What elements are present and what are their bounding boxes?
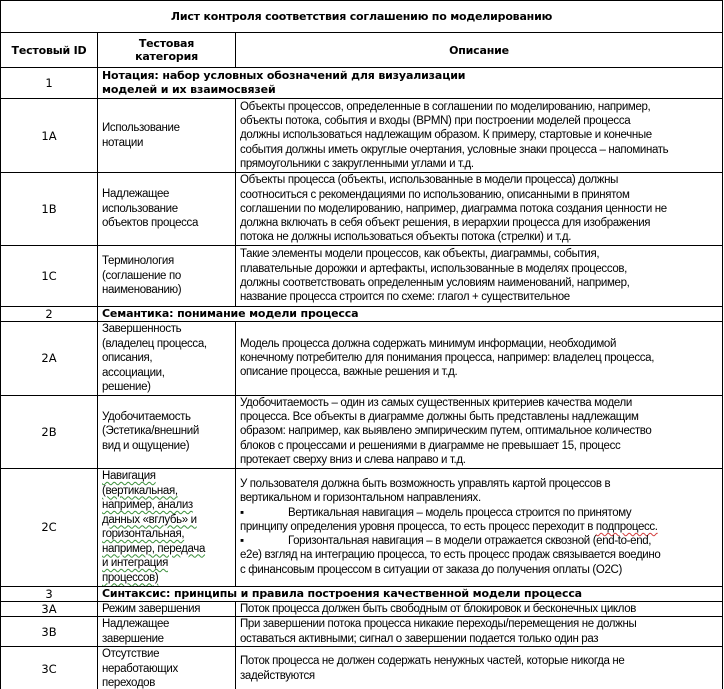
test-id: 3C <box>1 647 98 689</box>
table-row: 2C Навигация (вертикальная, например, ан… <box>1 468 723 586</box>
category-line: Использование <box>102 121 231 136</box>
description-line: принципу определения уровня процесса, то… <box>240 520 718 534</box>
description-line: конечному потребителю для понимания проц… <box>240 351 718 365</box>
description-line: Вертикальная навигация – модель процесса… <box>288 507 631 519</box>
title-row: Лист контроля соответствия соглашению по… <box>1 1 723 33</box>
table-row: 3C Отсутствие неработающих переходов Пот… <box>1 647 723 689</box>
category-line: и интеграция <box>102 557 168 569</box>
description-line: должны соответствовать определенным усло… <box>240 276 718 290</box>
column-header-category: Тестовая категория <box>98 33 236 68</box>
section-title-line2: моделей и их взаимосвязей <box>102 83 718 97</box>
test-category: Удобочитаемость (Эстетика/внешний вид и … <box>98 395 236 468</box>
description-line: плавательные дорожки и артефакты, исполь… <box>240 262 718 276</box>
test-category: Использование нотации <box>98 99 236 173</box>
test-description: Поток процесса должен быть свободным от … <box>236 601 723 617</box>
table-row: 2B Удобочитаемость (Эстетика/внешний вид… <box>1 395 723 468</box>
description-line: потока не должны использоваться объекты … <box>240 230 718 244</box>
category-line: Режим завершения <box>102 602 231 617</box>
description-line: задействуются <box>240 669 718 683</box>
test-id: 2B <box>1 395 98 468</box>
description-line: название процесса строится по схеме: гла… <box>240 290 718 304</box>
test-id: 1C <box>1 246 98 307</box>
category-line: например, анализ <box>102 499 193 511</box>
description-line: Объекты процессов, определенные в соглаш… <box>240 100 718 114</box>
compliance-checklist-table: Лист контроля соответствия соглашению по… <box>0 0 723 689</box>
category-line: переходов <box>102 676 231 689</box>
category-line: использование <box>102 202 231 217</box>
description-line: должны использоваться надлежащим образом… <box>240 128 718 142</box>
category-line: наименованию) <box>102 283 231 298</box>
description-line: У пользователя должна быть возможность у… <box>240 477 718 491</box>
test-description: Объекты процессов, определенные в соглаш… <box>236 99 723 173</box>
description-line: оставаться активными; сигнал о завершени… <box>240 632 718 646</box>
table-row: 1C Терминология (соглашение по наименова… <box>1 246 723 307</box>
test-category: Надлежащее использование объектов процес… <box>98 173 236 246</box>
category-line: неработающих <box>102 662 231 677</box>
category-line: нотации <box>102 136 231 151</box>
description-line: e2e) взгляд на интеграцию процесса, то е… <box>240 548 718 562</box>
description-line: прямоугольники с закругленными углами и … <box>240 157 718 171</box>
category-line: ассоциации, <box>102 366 231 381</box>
test-description: Поток процесса не должен содержать ненуж… <box>236 647 723 689</box>
category-line: описания, <box>102 351 231 366</box>
section-title: Нотация: набор условных обозначений для … <box>98 68 723 99</box>
description-line: объекты потока, события и входы (BPMN) п… <box>240 114 718 128</box>
description-line: должна включать в себя объект решения, в… <box>240 216 718 230</box>
description-line: вертикальном и горизонтальном направлени… <box>240 491 718 505</box>
category-line: завершение <box>102 632 231 647</box>
test-category: Отсутствие неработающих переходов <box>98 647 236 689</box>
description-line: Поток процесса должен быть свободным от … <box>240 602 718 616</box>
category-line: (соглашение по <box>102 269 231 284</box>
test-id: 3B <box>1 617 98 647</box>
table-row: 3B Надлежащее завершение При завершении … <box>1 617 723 647</box>
description-line: Горизонтальная навигация – в модели отра… <box>288 535 651 547</box>
test-id: 1A <box>1 99 98 173</box>
section-id: 3 <box>1 586 98 601</box>
section-row: 1 Нотация: набор условных обозначений дл… <box>1 68 723 99</box>
spelling-flagged-word: подпроцесс. <box>596 521 658 533</box>
table-row: 3A Режим завершения Поток процесса долже… <box>1 601 723 617</box>
category-line: горизонтальная, <box>102 528 184 540</box>
description-line: протекает сверху вниз и слева направо и … <box>240 453 718 467</box>
test-id: 2A <box>1 322 98 396</box>
bullet-icon: ▪ <box>240 506 288 520</box>
bullet-item: ▪Вертикальная навигация – модель процесс… <box>240 506 718 520</box>
section-title-line1: Нотация: набор условных обозначений для … <box>102 69 718 83</box>
description-line: блоков с процессами и решениями в диагра… <box>240 439 718 453</box>
section-title: Семантика: понимание модели процесса <box>98 307 723 322</box>
description-line: Такие элементы модели процессов, как объ… <box>240 247 718 261</box>
category-line: вид и ощущение) <box>102 439 231 454</box>
category-line: Надлежащее <box>102 187 231 202</box>
description-line: описание процесса, важные решения и т.д. <box>240 365 718 379</box>
description-line: соглашении по моделированию, например, д… <box>240 202 718 216</box>
category-line: данных «вглубь» и <box>102 514 197 526</box>
category-line: Терминология <box>102 254 231 269</box>
description-line: Поток процесса не должен содержать ненуж… <box>240 654 718 668</box>
category-line: процессов) <box>102 572 158 584</box>
description-line: образом: например, как выявлено эмпириче… <box>240 424 718 438</box>
category-line: (вертикальная, <box>102 485 178 497</box>
bullet-icon: ▪ <box>240 534 288 548</box>
section-id: 1 <box>1 68 98 99</box>
table-row: 1B Надлежащее использование объектов про… <box>1 173 723 246</box>
test-description: Такие элементы модели процессов, как объ… <box>236 246 723 307</box>
description-text: принципу определения уровня процесса, то… <box>240 521 596 533</box>
category-line: Удобочитаемость <box>102 410 231 425</box>
description-line: с финансовым процессом в ситуации от зак… <box>240 563 718 577</box>
test-category: Надлежащее завершение <box>98 617 236 647</box>
test-category: Режим завершения <box>98 601 236 617</box>
category-line: решение) <box>102 380 231 395</box>
test-id: 1B <box>1 173 98 246</box>
test-description: Удобочитаемость – один из самых существе… <box>236 395 723 468</box>
category-line: (владелец процесса, <box>102 337 231 352</box>
description-line: При завершении потока процесса никакие п… <box>240 617 718 631</box>
test-category: Навигация (вертикальная, например, анали… <box>98 468 236 586</box>
category-line: Завершенность <box>102 322 231 337</box>
test-description: У пользователя должна быть возможность у… <box>236 468 723 586</box>
test-id: 2C <box>1 468 98 586</box>
category-line: Надлежащее <box>102 617 231 632</box>
category-line: Отсутствие <box>102 647 231 662</box>
category-line: объектов процесса <box>102 216 231 231</box>
description-line: события должны иметь округлые очертания,… <box>240 143 718 157</box>
test-description: Объекты процесса (объекты, использованны… <box>236 173 723 246</box>
description-line: Модель процесса должна содержать минимум… <box>240 337 718 351</box>
bullet-item: ▪Горизонтальная навигация – в модели отр… <box>240 534 718 548</box>
table-row: 2A Завершенность (владелец процесса, опи… <box>1 322 723 396</box>
category-line: Навигация <box>102 470 156 482</box>
table-title: Лист контроля соответствия соглашению по… <box>1 1 723 33</box>
test-description: При завершении потока процесса никакие п… <box>236 617 723 647</box>
header-row: Тестовый ID Тестовая категория Описание <box>1 33 723 68</box>
section-row: 3 Синтаксис: принципы и правила построен… <box>1 586 723 601</box>
category-line: например, передача <box>102 543 205 555</box>
table-row: 1A Использование нотации Объекты процесс… <box>1 99 723 173</box>
section-row: 2 Семантика: понимание модели процесса <box>1 307 723 322</box>
category-line: (Эстетика/внешний <box>102 424 231 439</box>
test-description: Модель процесса должна содержать минимум… <box>236 322 723 396</box>
test-id: 3A <box>1 601 98 617</box>
description-line: Удобочитаемость – один из самых существе… <box>240 396 718 410</box>
test-category: Терминология (соглашение по наименованию… <box>98 246 236 307</box>
column-header-id: Тестовый ID <box>1 33 98 68</box>
description-line: Объекты процесса (объекты, использованны… <box>240 173 718 187</box>
column-header-category-line1: Тестовая <box>102 37 231 50</box>
description-line: процесса. Все объекты в диаграмме должны… <box>240 410 718 424</box>
section-title: Синтаксис: принципы и правила построения… <box>98 586 723 601</box>
column-header-category-line2: категория <box>102 50 231 63</box>
column-header-description: Описание <box>236 33 723 68</box>
test-category: Завершенность (владелец процесса, описан… <box>98 322 236 396</box>
description-line: соотноситься с рекомендациями по использ… <box>240 188 718 202</box>
section-id: 2 <box>1 307 98 322</box>
